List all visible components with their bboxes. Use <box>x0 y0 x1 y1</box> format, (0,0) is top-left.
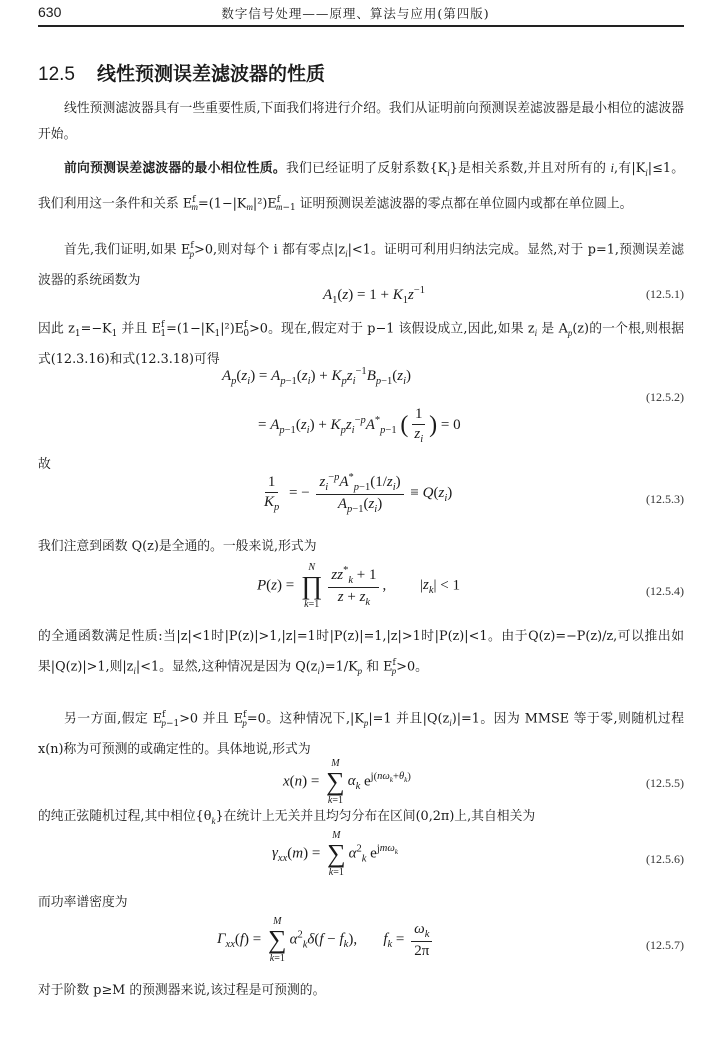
text: |=1 并且|Q(z <box>368 711 449 726</box>
equation-12-5-7: Γxx(f) = M∑k=1α2kδ(f − fk), fk = ωk2π (1… <box>0 916 711 976</box>
text: )=1/K <box>320 659 358 674</box>
text: 并且 E <box>117 321 161 336</box>
paragraph-psd: 而功率谱密度为 <box>38 890 684 916</box>
equation-label: (12.5.4) <box>646 584 684 599</box>
text: 另一方面,假定 E <box>64 711 162 726</box>
text: >0 并且 E <box>179 711 243 726</box>
paragraph-min-phase: 前向预测误差滤波器的最小相位性质。我们已经证明了反射系数{Ki}是相关系数,并且… <box>38 155 684 221</box>
text: =(1−|K <box>198 196 246 211</box>
equation-label: (12.5.3) <box>646 492 684 507</box>
equation-12-5-4: P(z) = N∏k=1zz*k + 1z + zk, |zk| < 1 (12… <box>0 562 711 622</box>
text: ,有|K <box>614 161 645 176</box>
text: 是 A <box>537 321 568 336</box>
section-title: 线性预测误差滤波器的性质 <box>97 64 325 85</box>
text: }在统计上无关并且均匀分布在区间(0,2π)上,其自相关为 <box>215 809 535 824</box>
bold-lead: 前向预测误差滤波器的最小相位性质。 <box>64 161 286 176</box>
equation-label: (12.5.5) <box>646 776 684 791</box>
text: >0,则对每个 i 都有零点|z <box>194 242 345 257</box>
equation-label: (12.5.7) <box>646 938 684 953</box>
paragraph-allpass-property: 的全通函数满足性质:当|z|<1时|P(z)|>1,|z|=1时|P(z)|=1… <box>38 624 684 685</box>
equation-12-5-2: Ap(zi) = Ap−1(zi) + Kpzi−1Bp−1(zi) = Ap−… <box>0 362 711 452</box>
equation-12-5-6: γxx(m) = M∑k=1α2k ejmωk (12.5.6) <box>0 830 711 886</box>
text: |²)E <box>253 196 277 211</box>
header-rule <box>38 25 684 27</box>
paragraph-conclusion: 对于阶数 p≥M 的预测器来说,该过程是可预测的。 <box>38 978 684 1004</box>
equation-label: (12.5.1) <box>646 287 684 302</box>
text: |²)E <box>220 321 244 336</box>
text: =0。这种情况下,|K <box>247 711 364 726</box>
running-header: 数字信号处理——原理、算法与应用(第四版) <box>0 4 711 22</box>
section-heading: 12.5线性预测误差滤波器的性质 <box>38 59 325 86</box>
text: =−K <box>81 321 112 336</box>
text: |<1。显然,这种情况是因为 Q(z <box>136 659 318 674</box>
paragraph-intro: 线性预测滤波器具有一些重要性质,下面我们将进行介绍。我们从证明前向预测误差滤波器… <box>38 96 684 148</box>
text: 的纯正弦随机过程,其中相位{θ <box>38 809 211 824</box>
equation-12-5-3: 1Kp = − zi−pA*p−1(1/zi)Ap−1(zi) ≡ Q(zi) … <box>0 472 711 528</box>
equation-12-5-1: A1(z) = 1 + K1z−1 (12.5.1) <box>0 285 711 309</box>
equation-label: (12.5.2) <box>646 390 684 405</box>
text: >0。 <box>396 659 428 674</box>
text: >0。现在,假定对于 p−1 该假设成立,因此,如果 z <box>249 321 535 336</box>
text: 因此 z <box>38 321 75 336</box>
equation-label: (12.5.6) <box>646 852 684 867</box>
text: }是相关系数,并且对所有的 <box>450 161 611 176</box>
paragraph-predictable: 另一方面,假定 Efp−1>0 并且 Efp=0。这种情况下,|Kp|=1 并且… <box>38 702 684 763</box>
text: 我们已经证明了反射系数{K <box>286 161 447 176</box>
text: =(1−|K <box>166 321 214 336</box>
text: 和 E <box>362 659 392 674</box>
text: 首先,我们证明,如果 E <box>64 242 190 257</box>
section-number: 12.5 <box>38 64 75 85</box>
text: 证明预测误差滤波器的零点都在单位圆内或都在单位圆上。 <box>296 196 633 211</box>
paragraph-allpass: 我们注意到函数 Q(z)是全通的。一般来说,形式为 <box>38 534 684 560</box>
